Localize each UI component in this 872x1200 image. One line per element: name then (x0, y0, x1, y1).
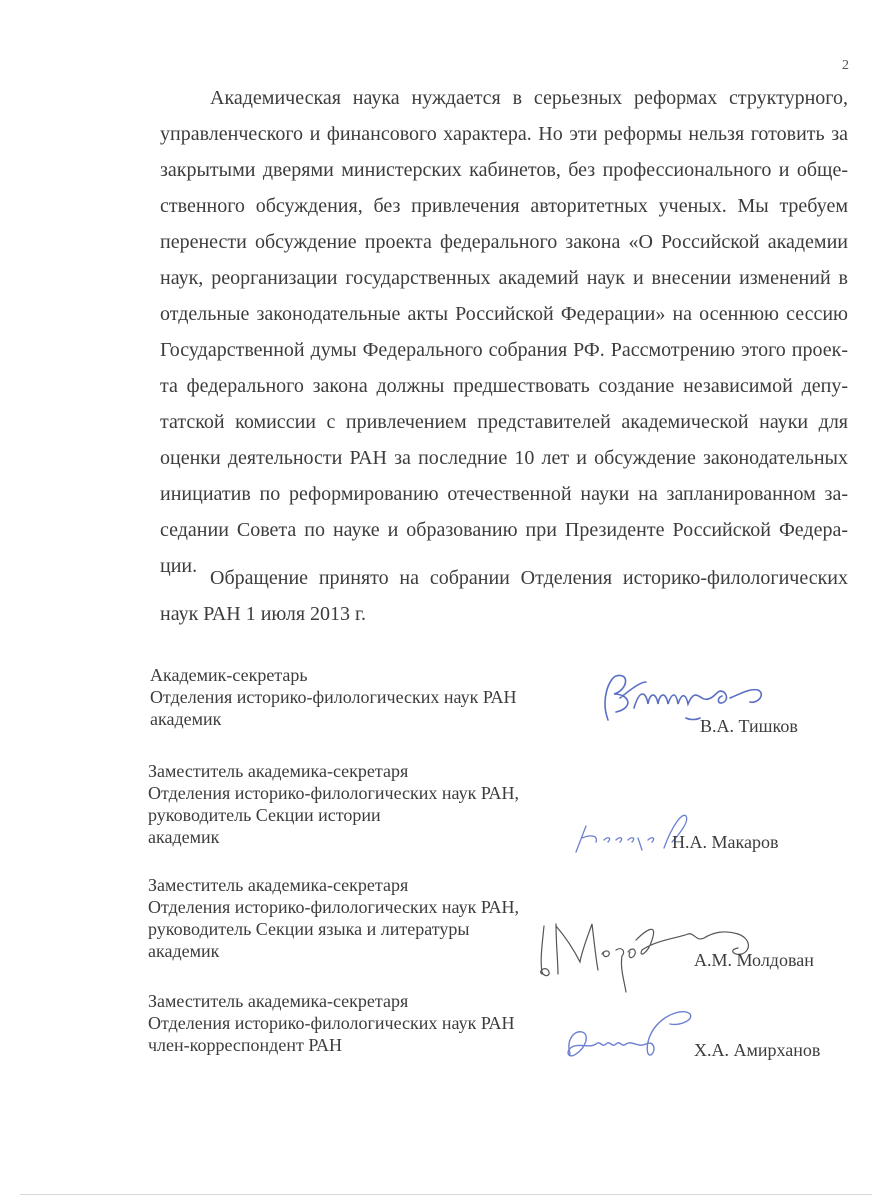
text-line: Академическая наука нуждается в серьезны… (210, 86, 848, 110)
text-line: закрытыми дверями министерских кабинетов… (160, 158, 848, 182)
text-line: Обращение принято на собрании Отделения … (210, 566, 848, 590)
text-line: седании Совета по науке и образованию пр… (160, 518, 848, 542)
text-line: оценки деятельности РАН за последние 10 … (160, 446, 848, 470)
text-line: наук, реорганизации государственных акад… (160, 266, 848, 290)
signatory-name-1: В.А. Тишков (700, 716, 798, 737)
text-line: отдельные законодательные акты Российско… (160, 302, 848, 326)
text-line: ственного обсуждения, без привлечения ав… (160, 194, 848, 218)
signatory-title-4: Заместитель академика-секретаря Отделени… (148, 990, 515, 1056)
signatory-title-3: Заместитель академика-секретаря Отделени… (148, 874, 519, 962)
signature-amirkhanov (560, 1000, 720, 1075)
text-line: перенести обсуждение проекта федеральног… (160, 230, 848, 254)
page-number: 2 (842, 58, 849, 74)
signatory-name-2: Н.А. Макаров (672, 832, 778, 853)
text-line: инициатив по реформированию отечественно… (160, 482, 848, 506)
text-line: татской комиссии с привлечением представ… (160, 410, 848, 434)
text-line: та федерального закона должны предшество… (160, 374, 848, 398)
text-line: Государственной думы Федерального собран… (160, 338, 848, 362)
signatory-name-4: Х.А. Амирханов (694, 1040, 820, 1061)
signatory-name-3: А.М. Молдован (694, 950, 814, 971)
signatory-title-1: Академик-секретарь Отделения историко-фи… (150, 664, 517, 730)
page-edge-line (20, 1194, 872, 1195)
signatory-title-2: Заместитель академика-секретаря Отделени… (148, 760, 519, 848)
text-line: управленческого и финансового характера.… (160, 122, 848, 146)
text-line: наук РАН 1 июля 2013 г. (160, 602, 848, 626)
